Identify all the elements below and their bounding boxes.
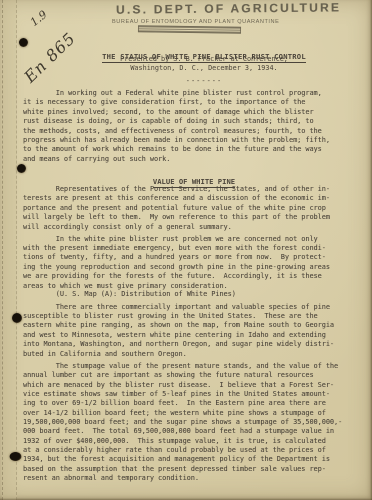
dateline: Washington, D. C., December 3, 1934. <box>44 64 364 72</box>
punch-hole-1 <box>19 38 28 47</box>
species-paragraph: There are three commercially important a… <box>23 303 353 359</box>
scanned-document-page: 1.9 En 865 U.S. DEPT. OF AGRICULTURE BUR… <box>0 0 372 500</box>
section-separator-dashes: ------- <box>44 77 364 85</box>
intro-paragraph: In working out a Federal white pine blis… <box>23 89 353 164</box>
problem-paragraph: In the white pine blister rust problem w… <box>23 235 353 291</box>
stumpage-paragraph: The stumpage value of the present mature… <box>23 362 353 483</box>
representatives-paragraph: Representatives of the Forest Service, t… <box>23 185 353 232</box>
punch-hole-3 <box>12 313 22 323</box>
map-caption: (U. S. Map (A): Distribution of White Pi… <box>23 290 353 299</box>
bureau-letterhead: BUREAU OF ENTOMOLOGY AND PLANT QUARANTIN… <box>112 19 272 25</box>
byline: Presented by S. B. Fracker at Conference… <box>44 55 364 63</box>
binding-edge <box>2 0 17 500</box>
punch-hole-2 <box>17 164 26 173</box>
agency-stamp: U.S. DEPT. OF AGRICULTURE <box>0 0 372 18</box>
bureau-underline-ornament <box>138 25 241 33</box>
